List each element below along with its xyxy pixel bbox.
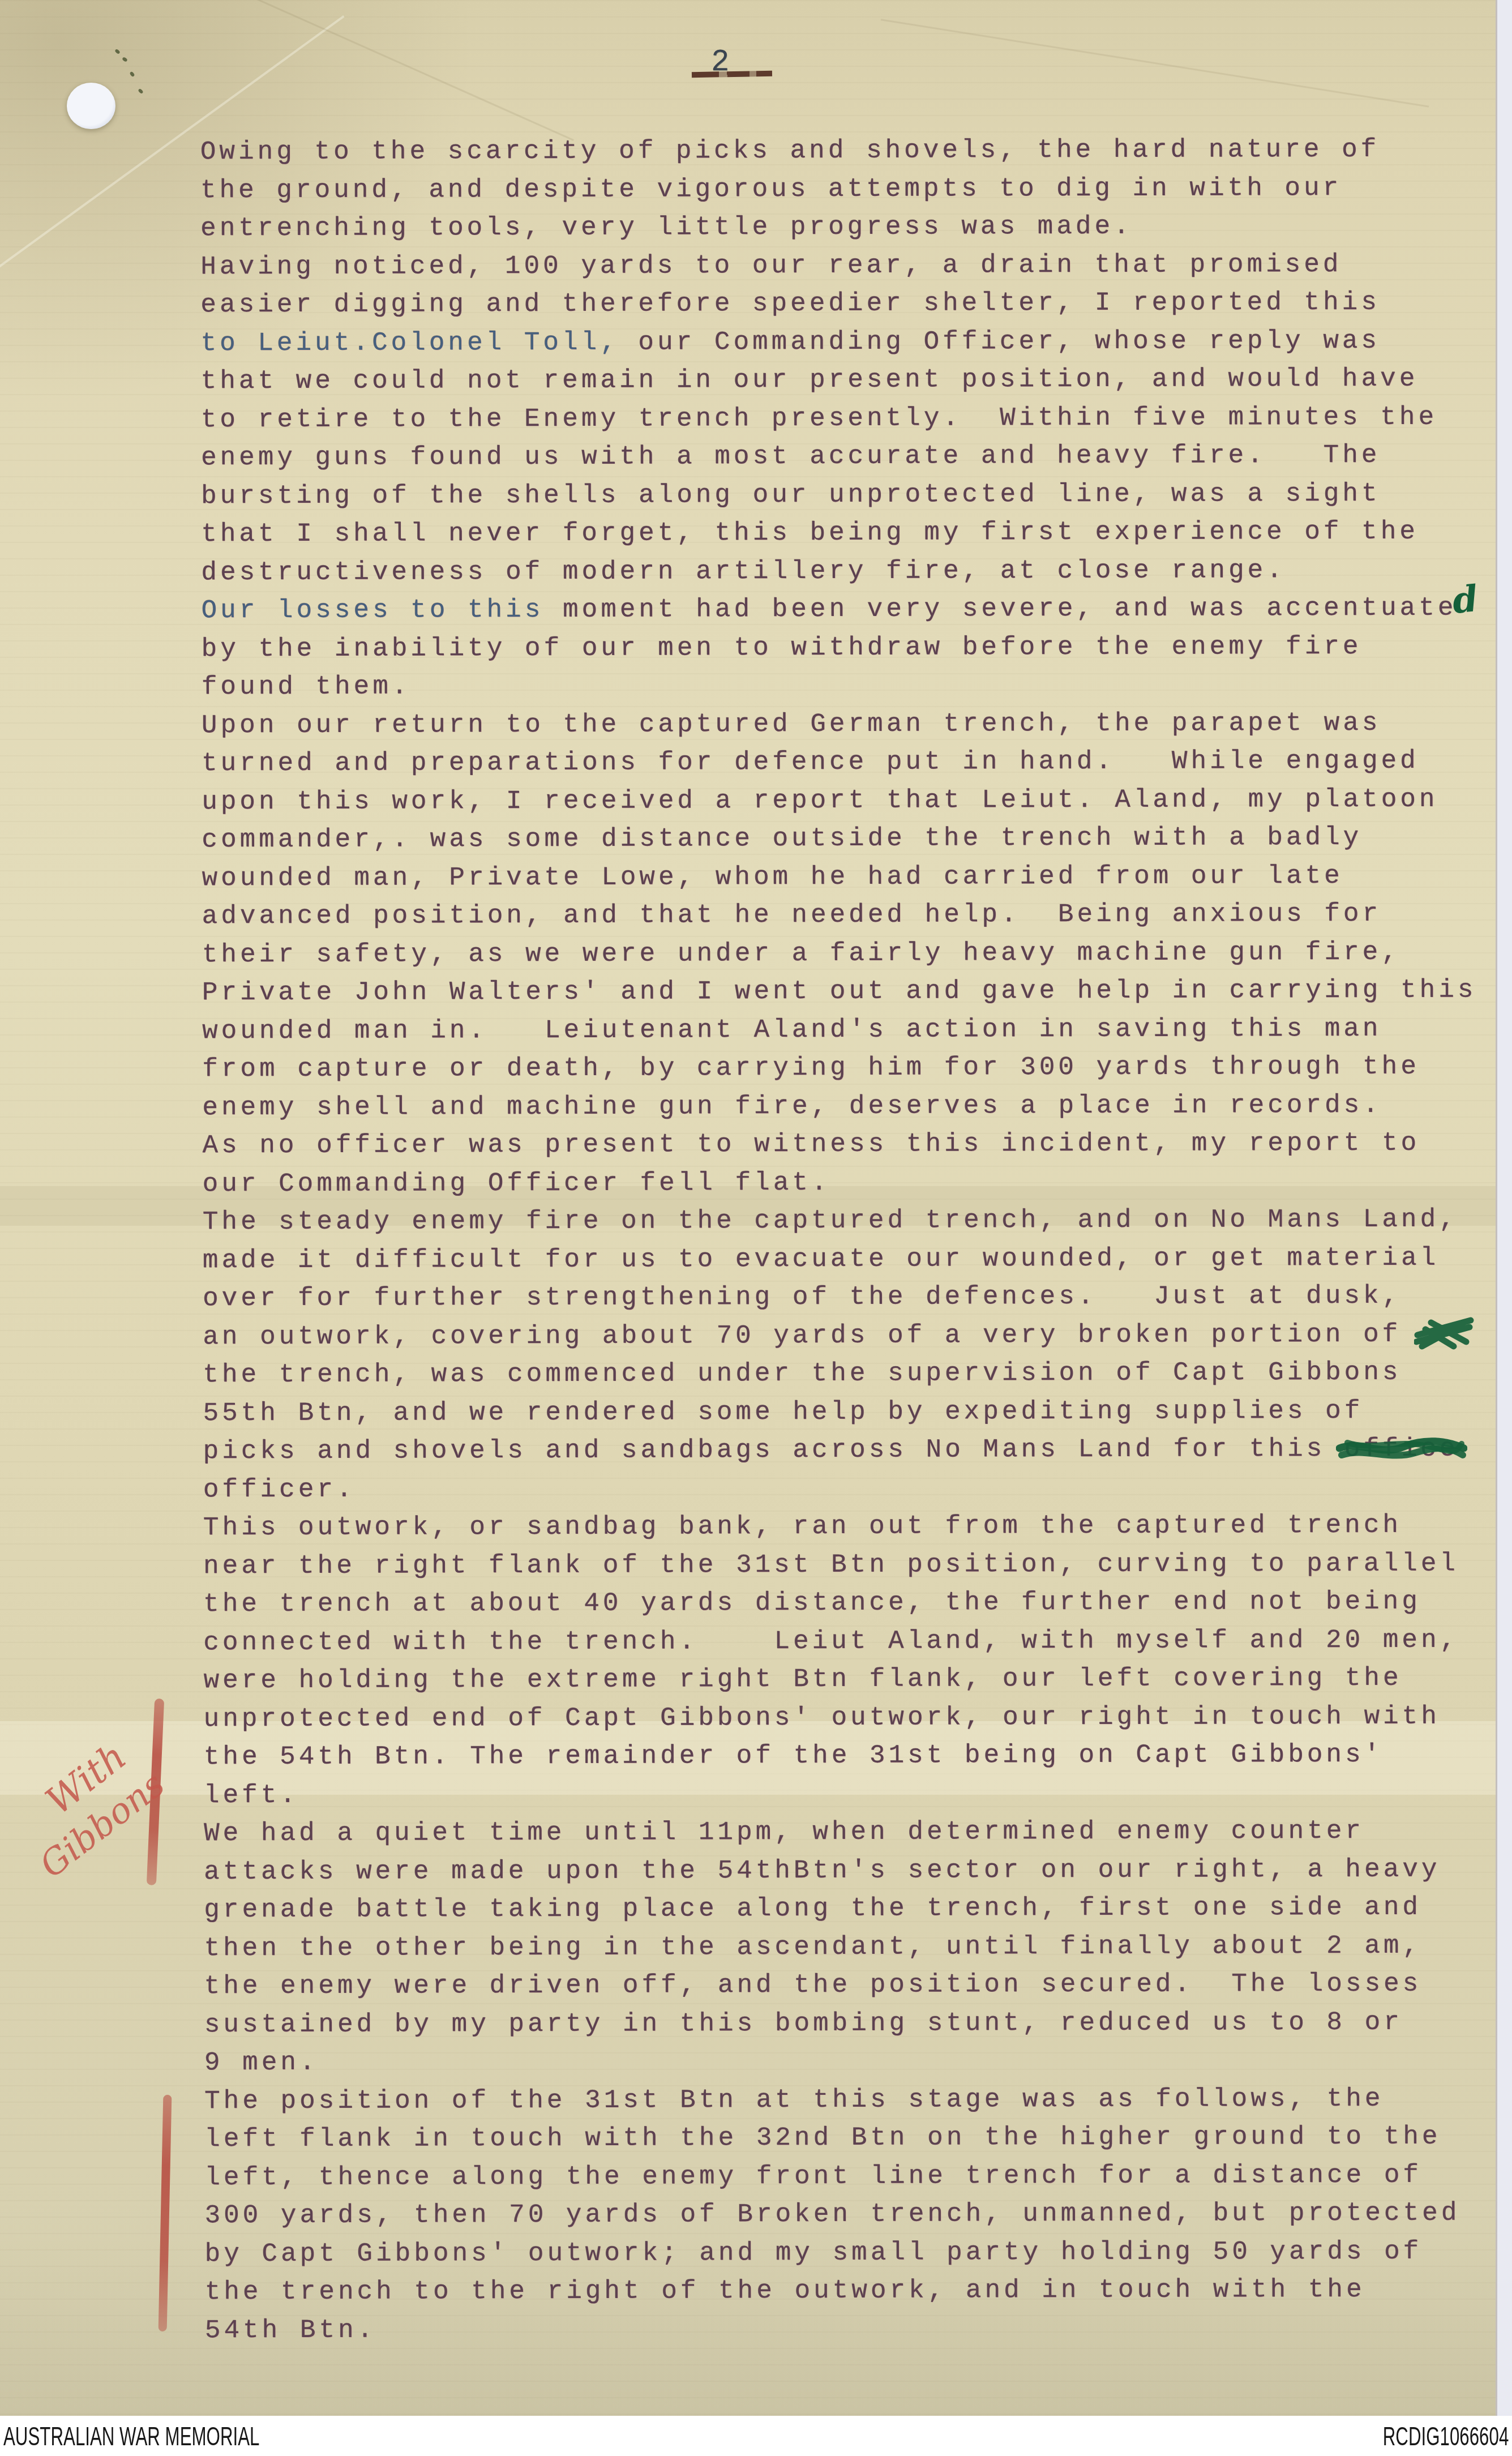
typed-line: that I shall never forget, this being my… <box>201 513 1503 554</box>
pin-mark <box>122 57 128 62</box>
typed-line: The position of the 31st Btn at this sta… <box>204 2080 1506 2120</box>
typed-line: We had a quiet time until 11pm, when det… <box>204 1812 1506 1853</box>
typed-line: the trench to the right of the outwork, … <box>205 2271 1507 2312</box>
maroon-ink-segment: moment had been very severe, and was acc… <box>544 593 1457 624</box>
typed-line: the 54th Btn. The remainder of the 31st … <box>204 1736 1506 1777</box>
margin-note-handwriting: With Gibbons <box>6 1691 219 1882</box>
typed-line: connected with the trench. Leiut Aland, … <box>203 1621 1505 1662</box>
typed-line: the ground, and despite vigorous attempt… <box>200 169 1502 209</box>
paper-crease <box>252 0 574 141</box>
typed-line: commander,. was some distance outside th… <box>202 819 1504 859</box>
typed-line: Having noticed, 100 yards to our rear, a… <box>200 245 1502 286</box>
typed-line: enemy guns found us with a most accurate… <box>201 437 1503 477</box>
typed-line: that we could not remain in our present … <box>201 360 1503 401</box>
typed-line: attacks were made upon the 54thBtn's sec… <box>204 1850 1506 1891</box>
typed-line: from capture or death, by carrying him f… <box>202 1048 1504 1089</box>
typed-line: made it difficult for us to evacuate our… <box>203 1239 1505 1280</box>
typed-line: upon this work, I received a report that… <box>202 780 1504 821</box>
typed-line: over for further strengthening of the de… <box>203 1277 1505 1318</box>
typed-line: their safety, as we were under a fairly … <box>202 933 1504 974</box>
typed-line: enemy shell and machine gun fire, deserv… <box>202 1086 1504 1127</box>
typed-line: bursting of the shells along our unprote… <box>201 474 1503 515</box>
typed-line: by Capt Gibbons' outwork; and my small p… <box>205 2232 1507 2273</box>
typed-line: near the right flank of the 31st Btn pos… <box>203 1544 1505 1585</box>
typed-line: This outwork, or sandbag bank, ran out f… <box>203 1507 1505 1547</box>
typed-line: destructiveness of modern artillery fire… <box>201 551 1503 592</box>
typed-line: found them. <box>202 666 1504 707</box>
typed-line: unprotected end of Capt Gibbons' outwork… <box>204 1697 1506 1738</box>
blue-ink-segment: to Leiut.Colonel Toll, <box>201 327 619 358</box>
typed-line: entrenching tools, very little progress … <box>200 207 1502 248</box>
typed-line: to Leiut.Colonel Toll, our Commanding Of… <box>201 322 1503 362</box>
punch-hole <box>67 83 115 129</box>
typed-line: grenade battle taking place along the tr… <box>204 1889 1506 1929</box>
typed-line: left, thence along the enemy front line … <box>204 2156 1506 2197</box>
pin-mark <box>114 49 121 54</box>
archive-id-label: RCDIG1066604 <box>1382 2421 1509 2451</box>
typed-line: the trench, was commenced under the supe… <box>203 1354 1505 1394</box>
typed-line: by the inability of our men to withdraw … <box>202 627 1504 668</box>
pin-mark <box>129 71 135 78</box>
handwritten-d-annotation: d <box>1450 577 1480 622</box>
typed-line: the trench at about 40 yards distance, t… <box>203 1583 1505 1624</box>
document-scan: 2 Owing to the scarcity of picks and sho… <box>0 0 1512 2456</box>
typed-line: an outwork, covering about 70 yards of a… <box>203 1315 1505 1356</box>
red-margin-line <box>159 2095 172 2331</box>
green-strikethrough-annotation <box>1336 1431 1467 1466</box>
typed-line: sustained by my party in this bombing st… <box>204 2003 1506 2044</box>
typed-line: left. <box>204 1774 1506 1815</box>
typed-line: 54th Btn. <box>205 2309 1507 2350</box>
typed-line: Upon our return to the captured German t… <box>202 704 1504 744</box>
pin-mark <box>138 88 144 95</box>
typed-line: Private John Walters' and I went out and… <box>202 972 1504 1012</box>
typed-line: then the other being in the ascendant, u… <box>204 1927 1506 1967</box>
typed-line: turned and preparations for defence put … <box>202 742 1504 783</box>
typed-line: officer. <box>203 1468 1505 1509</box>
typed-line: our Commanding Officer fell flat. <box>203 1162 1505 1203</box>
green-scribble-annotation <box>1414 1312 1476 1353</box>
typed-line: 9 men. <box>204 2042 1506 2082</box>
typed-line: The steady enemy fire on the captured tr… <box>203 1201 1505 1242</box>
typed-line: wounded man, Private Lowe, whom he had c… <box>202 857 1504 897</box>
page-number-underline <box>692 71 772 78</box>
typed-line: advanced position, and that he needed he… <box>202 895 1504 936</box>
typed-line: As no officer was present to witness thi… <box>203 1124 1505 1165</box>
typed-line: the enemy were driven off, and the posit… <box>204 1965 1506 2006</box>
typed-line: easier digging and therefore speedier sh… <box>200 284 1502 324</box>
typed-line: 55th Btn, and we rendered some help by e… <box>203 1392 1505 1432</box>
typed-line: were holding the extreme right Btn flank… <box>204 1659 1506 1700</box>
typed-line: Owing to the scarcity of picks and shove… <box>200 131 1502 172</box>
typed-line: wounded man in. Leiutenant Aland's actio… <box>202 1009 1504 1050</box>
paper-crease <box>881 19 1429 107</box>
typed-line: to retire to the Enemy trench presently.… <box>201 398 1503 439</box>
typed-line: Our losses to this moment had been very … <box>202 589 1504 630</box>
blue-ink-segment: Our losses to this <box>202 595 544 625</box>
typed-text: Owing to the scarcity of picks and shove… <box>200 131 1507 2350</box>
typed-line: left flank in touch with the 32nd Btn on… <box>204 2118 1506 2159</box>
archive-name-label: AUSTRALIAN WAR MEMORIAL <box>3 2421 259 2451</box>
typed-line: picks and shovels and sandbags across No… <box>203 1430 1505 1471</box>
maroon-ink-segment: our Commanding Officer, whose reply was <box>619 326 1380 357</box>
typed-line: 300 yards, then 70 yards of Broken trenc… <box>205 2194 1507 2235</box>
archive-footer-bar: AUSTRALIAN WAR MEMORIAL RCDIG1066604 <box>0 2416 1512 2456</box>
